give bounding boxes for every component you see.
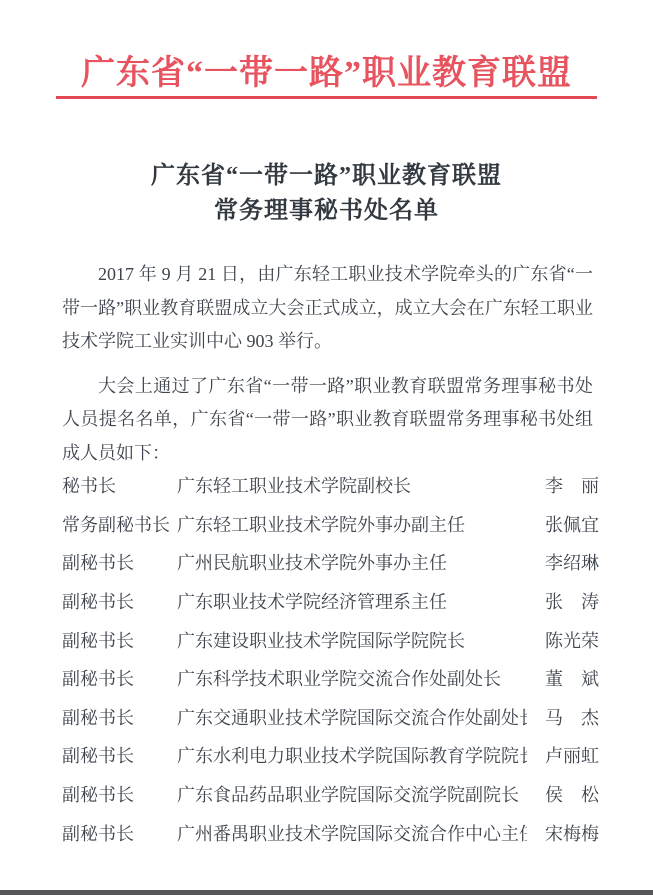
roster-title: 广东建设职业技术学院国际学院院长 <box>177 627 527 653</box>
roster-role: 副秘书长 <box>62 704 177 730</box>
roster-name: 李绍琳 <box>527 549 599 575</box>
document-title-line1: 广东省“一带一路”职业教育联盟 <box>0 159 653 194</box>
roster-row: 副秘书长 广东职业技术学院经济管理系主任 张 涛 <box>62 582 599 621</box>
roster-row: 副秘书长 广东建设职业技术学院国际学院院长 陈光荣 <box>62 620 599 659</box>
roster-role: 常务副秘书长 <box>62 511 177 537</box>
roster-row: 副秘书长 广州民航职业技术学院外事办主任 李绍琳 <box>62 543 599 582</box>
roster-title: 广州民航职业技术学院外事办主任 <box>177 549 527 575</box>
body-copy: 2017 年 9 月 21 日，由广东轻工职业技术学院牵头的广东省“一带一路”职… <box>62 258 593 470</box>
roster-row: 副秘书长 广东交通职业技术学院国际交流合作处副处长 马 杰 <box>62 698 599 737</box>
roster-role: 副秘书长 <box>62 781 177 807</box>
roster-name: 董 斌 <box>527 665 599 691</box>
roster-title: 广东水利电力职业技术学院国际教育学院院长 <box>177 742 527 768</box>
roster-name: 张佩宜 <box>527 511 599 537</box>
roster-name: 侯 松 <box>527 781 599 807</box>
document-title: 广东省“一带一路”职业教育联盟 常务理事秘书处名单 <box>0 159 653 229</box>
roster-row: 副秘书长 广东科学技术职业学院交流合作处副处长 董 斌 <box>62 659 599 698</box>
letterhead-rule <box>56 96 597 99</box>
roster-title: 广东轻工职业技术学院副校长 <box>177 472 527 498</box>
roster-title: 广州番禺职业技术学院国际交流合作中心主任 <box>177 820 527 846</box>
roster-row: 常务副秘书长 广东轻工职业技术学院外事办副主任 张佩宜 <box>62 505 599 544</box>
document-page: 广东省“一带一路”职业教育联盟 广东省“一带一路”职业教育联盟 常务理事秘书处名… <box>0 0 653 896</box>
roster-role: 副秘书长 <box>62 588 177 614</box>
paragraph-roster-intro: 大会上通过了广东省“一带一路”职业教育联盟常务理事秘书处人员提名名单，广东省“一… <box>62 370 593 471</box>
roster-name: 张 涛 <box>527 588 599 614</box>
roster-name: 陈光荣 <box>527 627 599 653</box>
roster-role: 秘书长 <box>62 472 177 498</box>
roster-title: 广东轻工职业技术学院外事办副主任 <box>177 511 527 537</box>
roster-title: 广东科学技术职业学院交流合作处副处长 <box>177 665 527 691</box>
roster-row: 副秘书长 广州番禺职业技术学院国际交流合作中心主任 宋梅梅 <box>62 813 599 852</box>
letterhead-title: 广东省“一带一路”职业教育联盟 <box>0 54 653 94</box>
roster-name: 卢丽虹 <box>527 742 599 768</box>
roster-role: 副秘书长 <box>62 627 177 653</box>
roster-name: 马 杰 <box>527 704 599 730</box>
paragraph-founding: 2017 年 9 月 21 日，由广东轻工职业技术学院牵头的广东省“一带一路”职… <box>62 258 593 359</box>
roster-row: 秘书长 广东轻工职业技术学院副校长 李 丽 <box>62 466 599 505</box>
roster-title: 广东食品药品职业学院国际交流学院副院长 <box>177 781 527 807</box>
roster-role: 副秘书长 <box>62 549 177 575</box>
roster-title: 广东交通职业技术学院国际交流合作处副处长 <box>177 704 527 730</box>
roster-name: 宋梅梅 <box>527 820 599 846</box>
scan-bottom-edge <box>0 890 653 895</box>
roster-list: 秘书长 广东轻工职业技术学院副校长 李 丽 常务副秘书长 广东轻工职业技术学院外… <box>62 466 599 852</box>
roster-role: 副秘书长 <box>62 665 177 691</box>
roster-row: 副秘书长 广东水利电力职业技术学院国际教育学院院长 卢丽虹 <box>62 736 599 775</box>
roster-title: 广东职业技术学院经济管理系主任 <box>177 588 527 614</box>
roster-name: 李 丽 <box>527 472 599 498</box>
roster-role: 副秘书长 <box>62 820 177 846</box>
roster-role: 副秘书长 <box>62 742 177 768</box>
document-title-line2: 常务理事秘书处名单 <box>0 194 653 229</box>
roster-row: 副秘书长 广东食品药品职业学院国际交流学院副院长 侯 松 <box>62 775 599 814</box>
